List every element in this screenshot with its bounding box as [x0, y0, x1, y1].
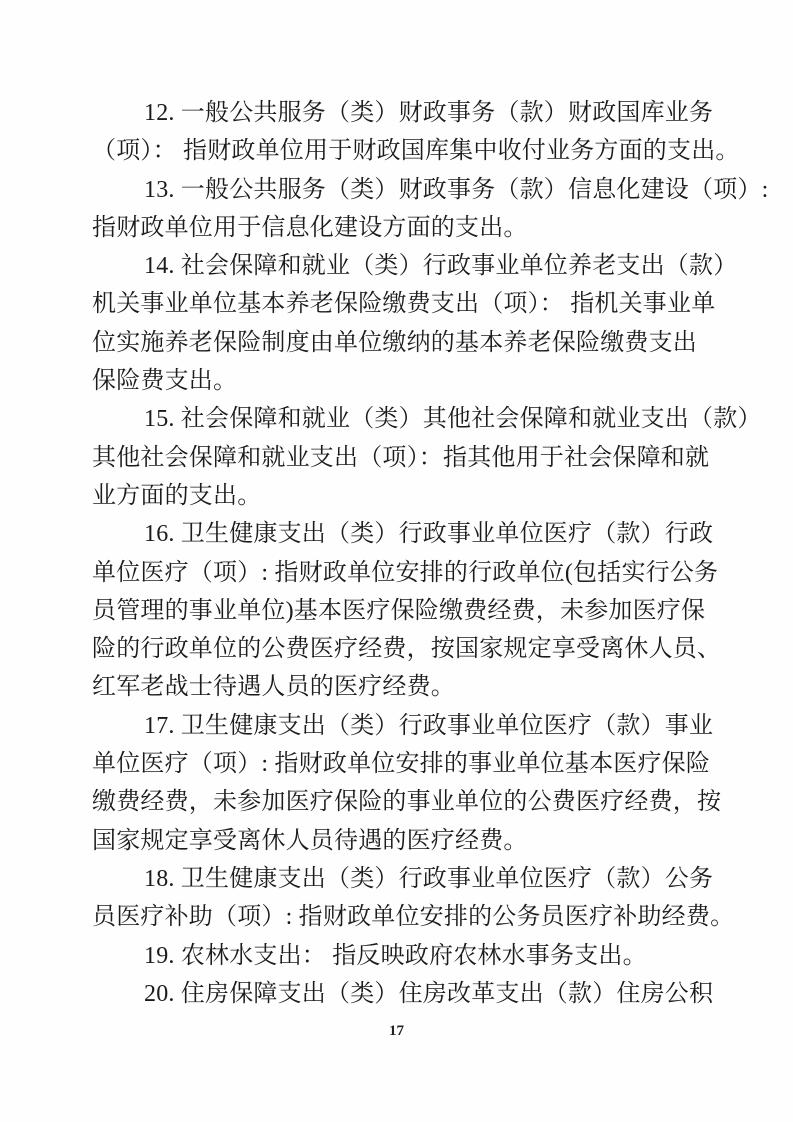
text-line: 国家规定享受离休人员待遇的医疗经费。 [92, 822, 692, 860]
text-line: 13. 一般公共服务（类）财政事务（款）信息化建设（项）: [92, 171, 692, 209]
text-line: 指财政单位用于信息化建设方面的支出。 [92, 209, 692, 247]
document-body: 12. 一般公共服务（类）财政事务（款）财政国库业务（项）： 指财政单位用于财政… [92, 94, 692, 1013]
text-line: 业方面的支出。 [92, 477, 692, 515]
text-line: 15. 社会保障和就业（类）其他社会保障和就业支出（款） [92, 400, 692, 438]
text-line: 14. 社会保障和就业（类）行政事业单位养老支出（款） [92, 247, 692, 285]
text-line: （项）： 指财政单位用于财政国库集中收付业务方面的支出。 [92, 132, 692, 170]
text-line: 其他社会保障和就业支出（项）：指其他用于社会保障和就 [92, 439, 692, 477]
text-line: 19. 农林水支出： 指反映政府农林水事务支出。 [92, 937, 692, 975]
text-line: 险的行政单位的公费医疗经费，按国家规定享受离休人员、 [92, 630, 692, 668]
page-number: 17 [0, 1023, 793, 1040]
text-line: 员医疗补助（项）: 指财政单位安排的公务员医疗补助经费。 [92, 898, 692, 936]
text-line: 20. 住房保障支出（类）住房改革支出（款）住房公积 [92, 975, 692, 1013]
text-line: 18. 卫生健康支出（类）行政事业单位医疗（款）公务 [92, 860, 692, 898]
text-line: 保险费支出。 [92, 362, 692, 400]
text-line: 红军老战士待遇人员的医疗经费。 [92, 668, 692, 706]
text-line: 机关事业单位基本养老保险缴费支出（项）： 指机关事业单 [92, 285, 692, 323]
text-line: 缴费经费，未参加医疗保险的事业单位的公费医疗经费，按 [92, 783, 692, 821]
text-line: 员管理的事业单位)基本医疗保险缴费经费，未参加医疗保 [92, 592, 692, 630]
document-page: 12. 一般公共服务（类）财政事务（款）财政国库业务（项）： 指财政单位用于财政… [0, 0, 793, 1122]
text-line: 12. 一般公共服务（类）财政事务（款）财政国库业务 [92, 94, 692, 132]
text-line: 单位医疗（项）: 指财政单位安排的行政单位(包括实行公务 [92, 554, 692, 592]
text-line: 位实施养老保险制度由单位缴纳的基本养老保险缴费支出 [92, 324, 692, 362]
text-line: 单位医疗（项）: 指财政单位安排的事业单位基本医疗保险 [92, 745, 692, 783]
text-line: 16. 卫生健康支出（类）行政事业单位医疗（款）行政 [92, 515, 692, 553]
text-line: 17. 卫生健康支出（类）行政事业单位医疗（款）事业 [92, 707, 692, 745]
